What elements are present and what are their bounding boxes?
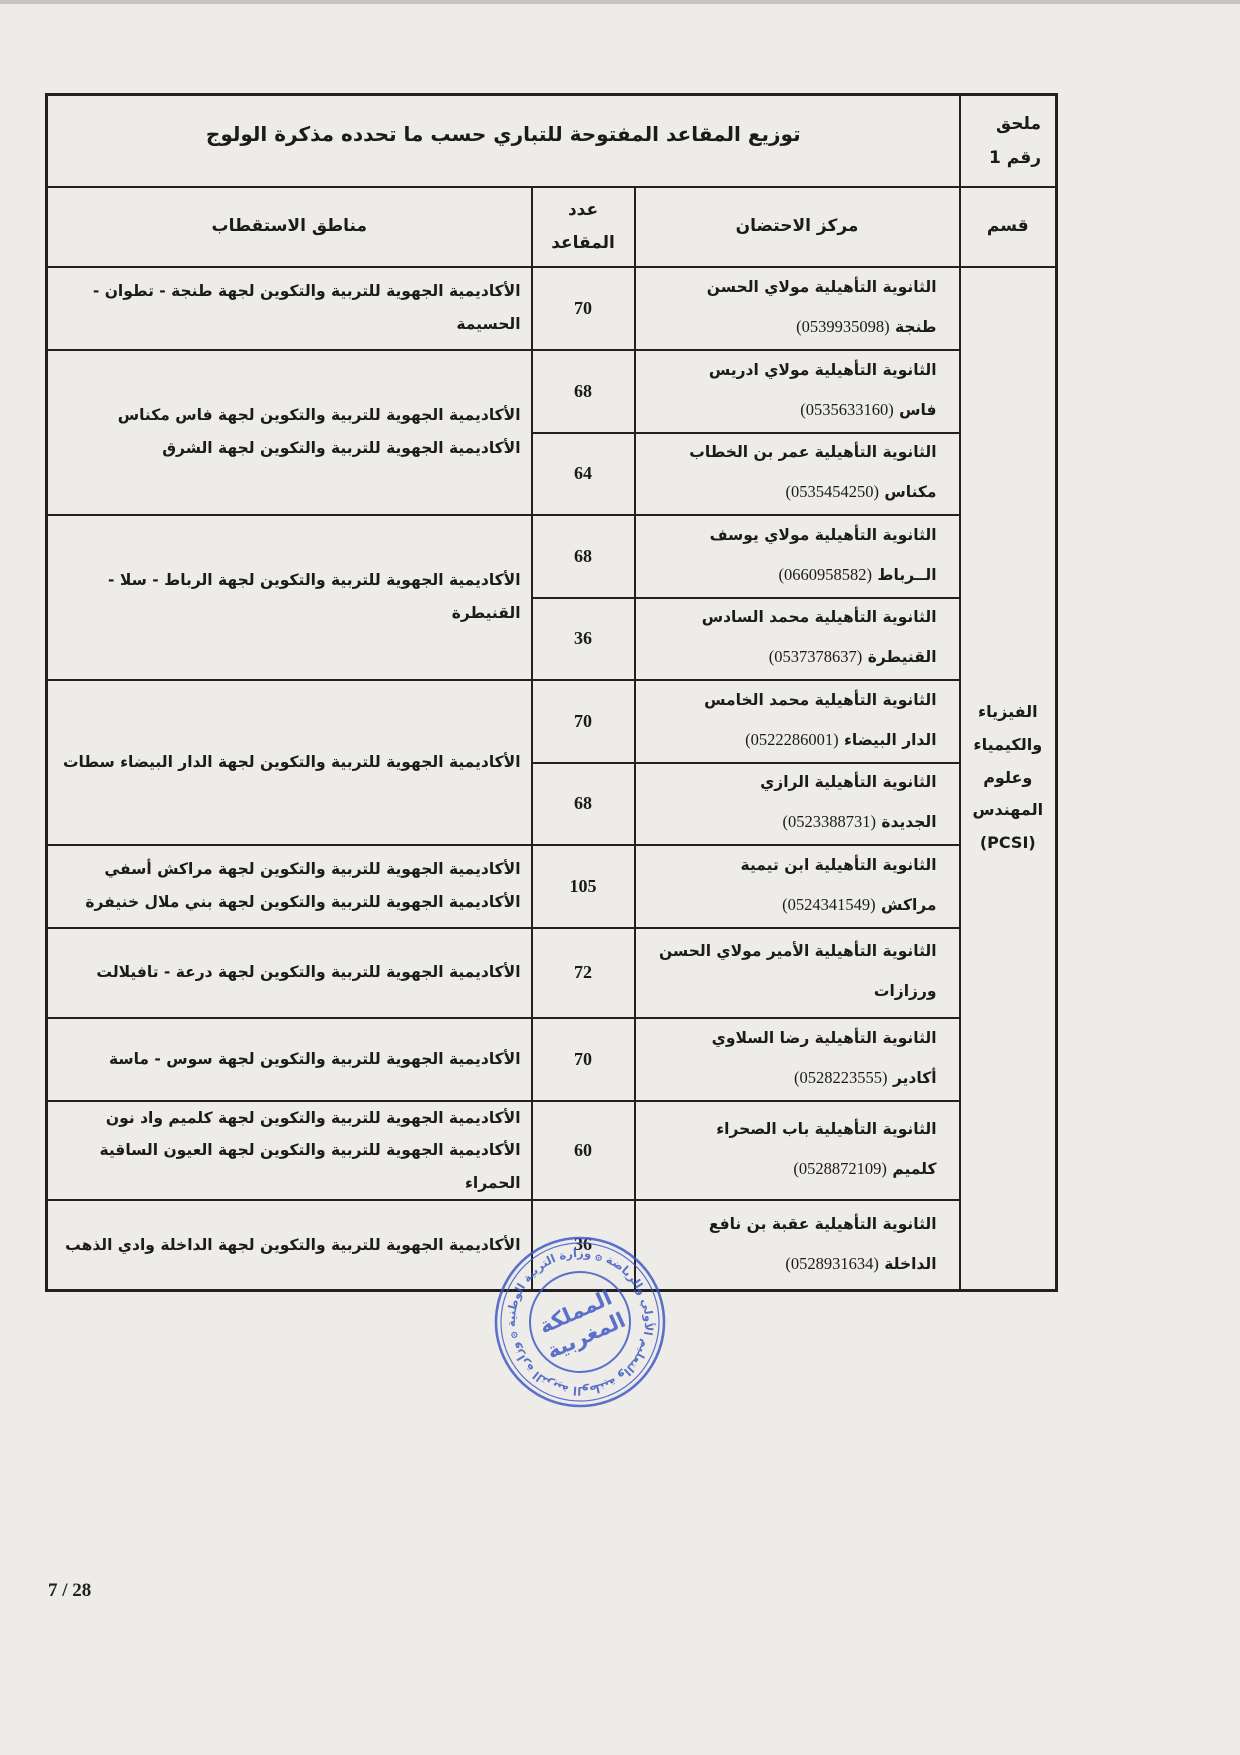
area-line: الأكاديمية الجهوية للتربية والتكوين لجهة… — [58, 746, 521, 779]
area-line: الأكاديمية الجهوية للتربية والتكوين لجهة… — [58, 1043, 521, 1076]
phone-number: (0660958582) — [779, 565, 873, 584]
school-name: الثانوية التأهيلية ابن تيمية — [644, 847, 937, 885]
center-cell: الثانوية التأهيلية محمد السادس القنيطرة … — [635, 598, 960, 680]
header-center: مركز الاحتضان — [635, 187, 960, 267]
school-city-phone: ورزازات — [644, 971, 937, 1011]
phone-number: (0539935098) — [796, 317, 890, 336]
areas-cell: الأكاديمية الجهوية للتربية والتكوين لجهة… — [47, 1018, 532, 1101]
seats-cell: 70 — [532, 680, 635, 763]
phone-number: (0535633160) — [800, 400, 894, 419]
areas-cell: الأكاديمية الجهوية للتربية والتكوين لجهة… — [47, 845, 532, 928]
phone-number: (0523388731) — [782, 812, 876, 831]
school-city-phone: كلميم (0528872109) — [644, 1149, 937, 1189]
header-areas: مناطق الاستقطاب — [47, 187, 532, 267]
table-row: ملحق رقم 1 توزيع المقاعد المفتوحة للتبار… — [47, 95, 1057, 187]
area-line: الأكاديمية الجهوية للتربية والتكوين لجهة… — [58, 1134, 521, 1199]
center-cell: الثانوية التأهيلية مولاي ادريس فاس (0535… — [635, 350, 960, 433]
school-name: الثانوية التأهيلية مولاي ادريس — [644, 352, 937, 390]
annex-line2: رقم 1 — [961, 141, 1042, 175]
center-cell: الثانوية التأهيلية الأمير مولاي الحسن ور… — [635, 928, 960, 1018]
seats-cell: 105 — [532, 845, 635, 928]
table-header-row: قسم مركز الاحتضان عدد المقاعد مناطق الاس… — [47, 187, 1057, 267]
center-cell: الثانوية التأهيلية عمر بن الخطاب مكناس (… — [635, 433, 960, 515]
seats-cell: 36 — [532, 598, 635, 680]
center-cell: الثانوية التأهيلية باب الصحراء كلميم (05… — [635, 1101, 960, 1201]
school-name: الثانوية التأهيلية عقبة بن نافع — [644, 1206, 937, 1244]
phone-number: (0522286001) — [745, 730, 839, 749]
school-name: الثانوية التأهيلية محمد السادس — [644, 599, 937, 637]
school-city-phone: الــرباط (0660958582) — [644, 555, 937, 595]
phone-number: (0537378637) — [769, 647, 863, 666]
school-city-phone: فاس (0535633160) — [644, 390, 937, 430]
official-ministry-stamp-icon: ۞ وزارة التربية الوطنية والتعليم الأولي … — [492, 1234, 668, 1410]
school-city-phone: القنيطرة (0537378637) — [644, 637, 937, 677]
areas-cell: الأكاديمية الجهوية للتربية والتكوين لجهة… — [47, 1101, 532, 1201]
center-cell: الثانوية التأهيلية رضا السلاوي أكادير (0… — [635, 1018, 960, 1101]
school-name: الثانوية التأهيلية الأمير مولاي الحسن — [644, 933, 937, 971]
header-seats-line1: عدد — [533, 194, 634, 226]
center-cell: الثانوية التأهيلية مولاي الحسن طنجة (053… — [635, 267, 960, 350]
seats-cell: 68 — [532, 763, 635, 845]
school-city-phone: طنجة (0539935098) — [644, 307, 937, 347]
seats-cell: 64 — [532, 433, 635, 515]
table-row: الثانوية التأهيلية مولاي يوسف الــرباط (… — [47, 515, 1057, 598]
area-line: الأكاديمية الجهوية للتربية والتكوين لجهة… — [58, 399, 521, 432]
areas-cell: الأكاديمية الجهوية للتربية والتكوين لجهة… — [47, 1200, 532, 1290]
center-cell: الثانوية التأهيلية مولاي يوسف الــرباط (… — [635, 515, 960, 598]
scan-edge-artifact — [0, 0, 1240, 4]
areas-cell: الأكاديمية الجهوية للتربية والتكوين لجهة… — [47, 267, 532, 350]
areas-cell: الأكاديمية الجهوية للتربية والتكوين لجهة… — [47, 515, 532, 680]
seats-cell: 70 — [532, 1018, 635, 1101]
header-section: قسم — [960, 187, 1057, 267]
seats-cell: 68 — [532, 515, 635, 598]
table-row: الثانوية التأهيلية ابن تيمية مراكش (0524… — [47, 845, 1057, 928]
phone-number: (0528223555) — [794, 1068, 888, 1087]
area-line: الأكاديمية الجهوية للتربية والتكوين لجهة… — [58, 432, 521, 465]
table-row: الثانوية التأهيلية محمد الخامس الدار الب… — [47, 680, 1057, 763]
phone-number: (0524341549) — [782, 895, 876, 914]
school-name: الثانوية التأهيلية باب الصحراء — [644, 1111, 937, 1149]
areas-cell: الأكاديمية الجهوية للتربية والتكوين لجهة… — [47, 680, 532, 845]
school-name: الثانوية التأهيلية مولاي يوسف — [644, 517, 937, 555]
school-city-phone: الدار البيضاء (0522286001) — [644, 720, 937, 760]
school-name: الثانوية التأهيلية رضا السلاوي — [644, 1020, 937, 1058]
center-cell: الثانوية التأهيلية محمد الخامس الدار الب… — [635, 680, 960, 763]
center-cell: الثانوية التأهيلية الرازي الجديدة (05233… — [635, 763, 960, 845]
annex-line1: ملحق — [961, 107, 1042, 141]
table-row: الثانوية التأهيلية رضا السلاوي أكادير (0… — [47, 1018, 1057, 1101]
header-seats-line2: المقاعد — [533, 227, 634, 259]
area-line: الأكاديمية الجهوية للتربية والتكوين لجهة… — [58, 275, 521, 340]
table-row: الثانوية التأهيلية مولاي ادريس فاس (0535… — [47, 350, 1057, 433]
phone-number: (0528872109) — [793, 1159, 887, 1178]
area-line: الأكاديمية الجهوية للتربية والتكوين لجهة… — [58, 1229, 521, 1262]
page-number: 7 / 28 — [48, 1580, 91, 1602]
areas-cell: الأكاديمية الجهوية للتربية والتكوين لجهة… — [47, 928, 532, 1018]
area-line: الأكاديمية الجهوية للتربية والتكوين لجهة… — [58, 886, 521, 919]
header-seats: عدد المقاعد — [532, 187, 635, 267]
table-row: الثانوية التأهيلية باب الصحراء كلميم (05… — [47, 1101, 1057, 1201]
seats-cell: 68 — [532, 350, 635, 433]
school-name: الثانوية التأهيلية مولاي الحسن — [644, 269, 937, 307]
table-row: الثانوية التأهيلية الأمير مولاي الحسن ور… — [47, 928, 1057, 1018]
annex-label: ملحق رقم 1 — [960, 95, 1057, 187]
school-city-phone: الداخلة (0528931634) — [644, 1244, 937, 1284]
seats-distribution-table: ملحق رقم 1 توزيع المقاعد المفتوحة للتبار… — [45, 93, 1058, 1292]
phone-number: (0535454250) — [785, 482, 879, 501]
stamp-svg: ۞ وزارة التربية الوطنية والتعليم الأولي … — [492, 1234, 668, 1410]
area-line: الأكاديمية الجهوية للتربية والتكوين لجهة… — [58, 956, 521, 989]
school-name: الثانوية التأهيلية محمد الخامس — [644, 682, 937, 720]
area-line: الأكاديمية الجهوية للتربية والتكوين لجهة… — [58, 853, 521, 886]
school-name: الثانوية التأهيلية الرازي — [644, 764, 937, 802]
center-cell: الثانوية التأهيلية ابن تيمية مراكش (0524… — [635, 845, 960, 928]
seats-cell: 72 — [532, 928, 635, 1018]
page-title: توزيع المقاعد المفتوحة للتباري حسب ما تح… — [47, 95, 960, 187]
area-line: الأكاديمية الجهوية للتربية والتكوين لجهة… — [58, 564, 521, 629]
school-city-phone: مكناس (0535454250) — [644, 472, 937, 512]
areas-cell: الأكاديمية الجهوية للتربية والتكوين لجهة… — [47, 350, 532, 515]
phone-number: (0528931634) — [785, 1254, 879, 1273]
seats-cell: 70 — [532, 267, 635, 350]
area-line: الأكاديمية الجهوية للتربية والتكوين لجهة… — [58, 1102, 521, 1135]
section-cell: الفيزياء والكيمياء وعلوم المهندس (PCSI) — [960, 267, 1057, 1291]
school-city-phone: الجديدة (0523388731) — [644, 802, 937, 842]
school-city-phone: مراكش (0524341549) — [644, 885, 937, 925]
school-city-phone: أكادير (0528223555) — [644, 1058, 937, 1098]
seats-cell: 60 — [532, 1101, 635, 1201]
school-name: الثانوية التأهيلية عمر بن الخطاب — [644, 434, 937, 472]
table-row: الفيزياء والكيمياء وعلوم المهندس (PCSI) … — [47, 267, 1057, 350]
center-cell: الثانوية التأهيلية عقبة بن نافع الداخلة … — [635, 1200, 960, 1290]
